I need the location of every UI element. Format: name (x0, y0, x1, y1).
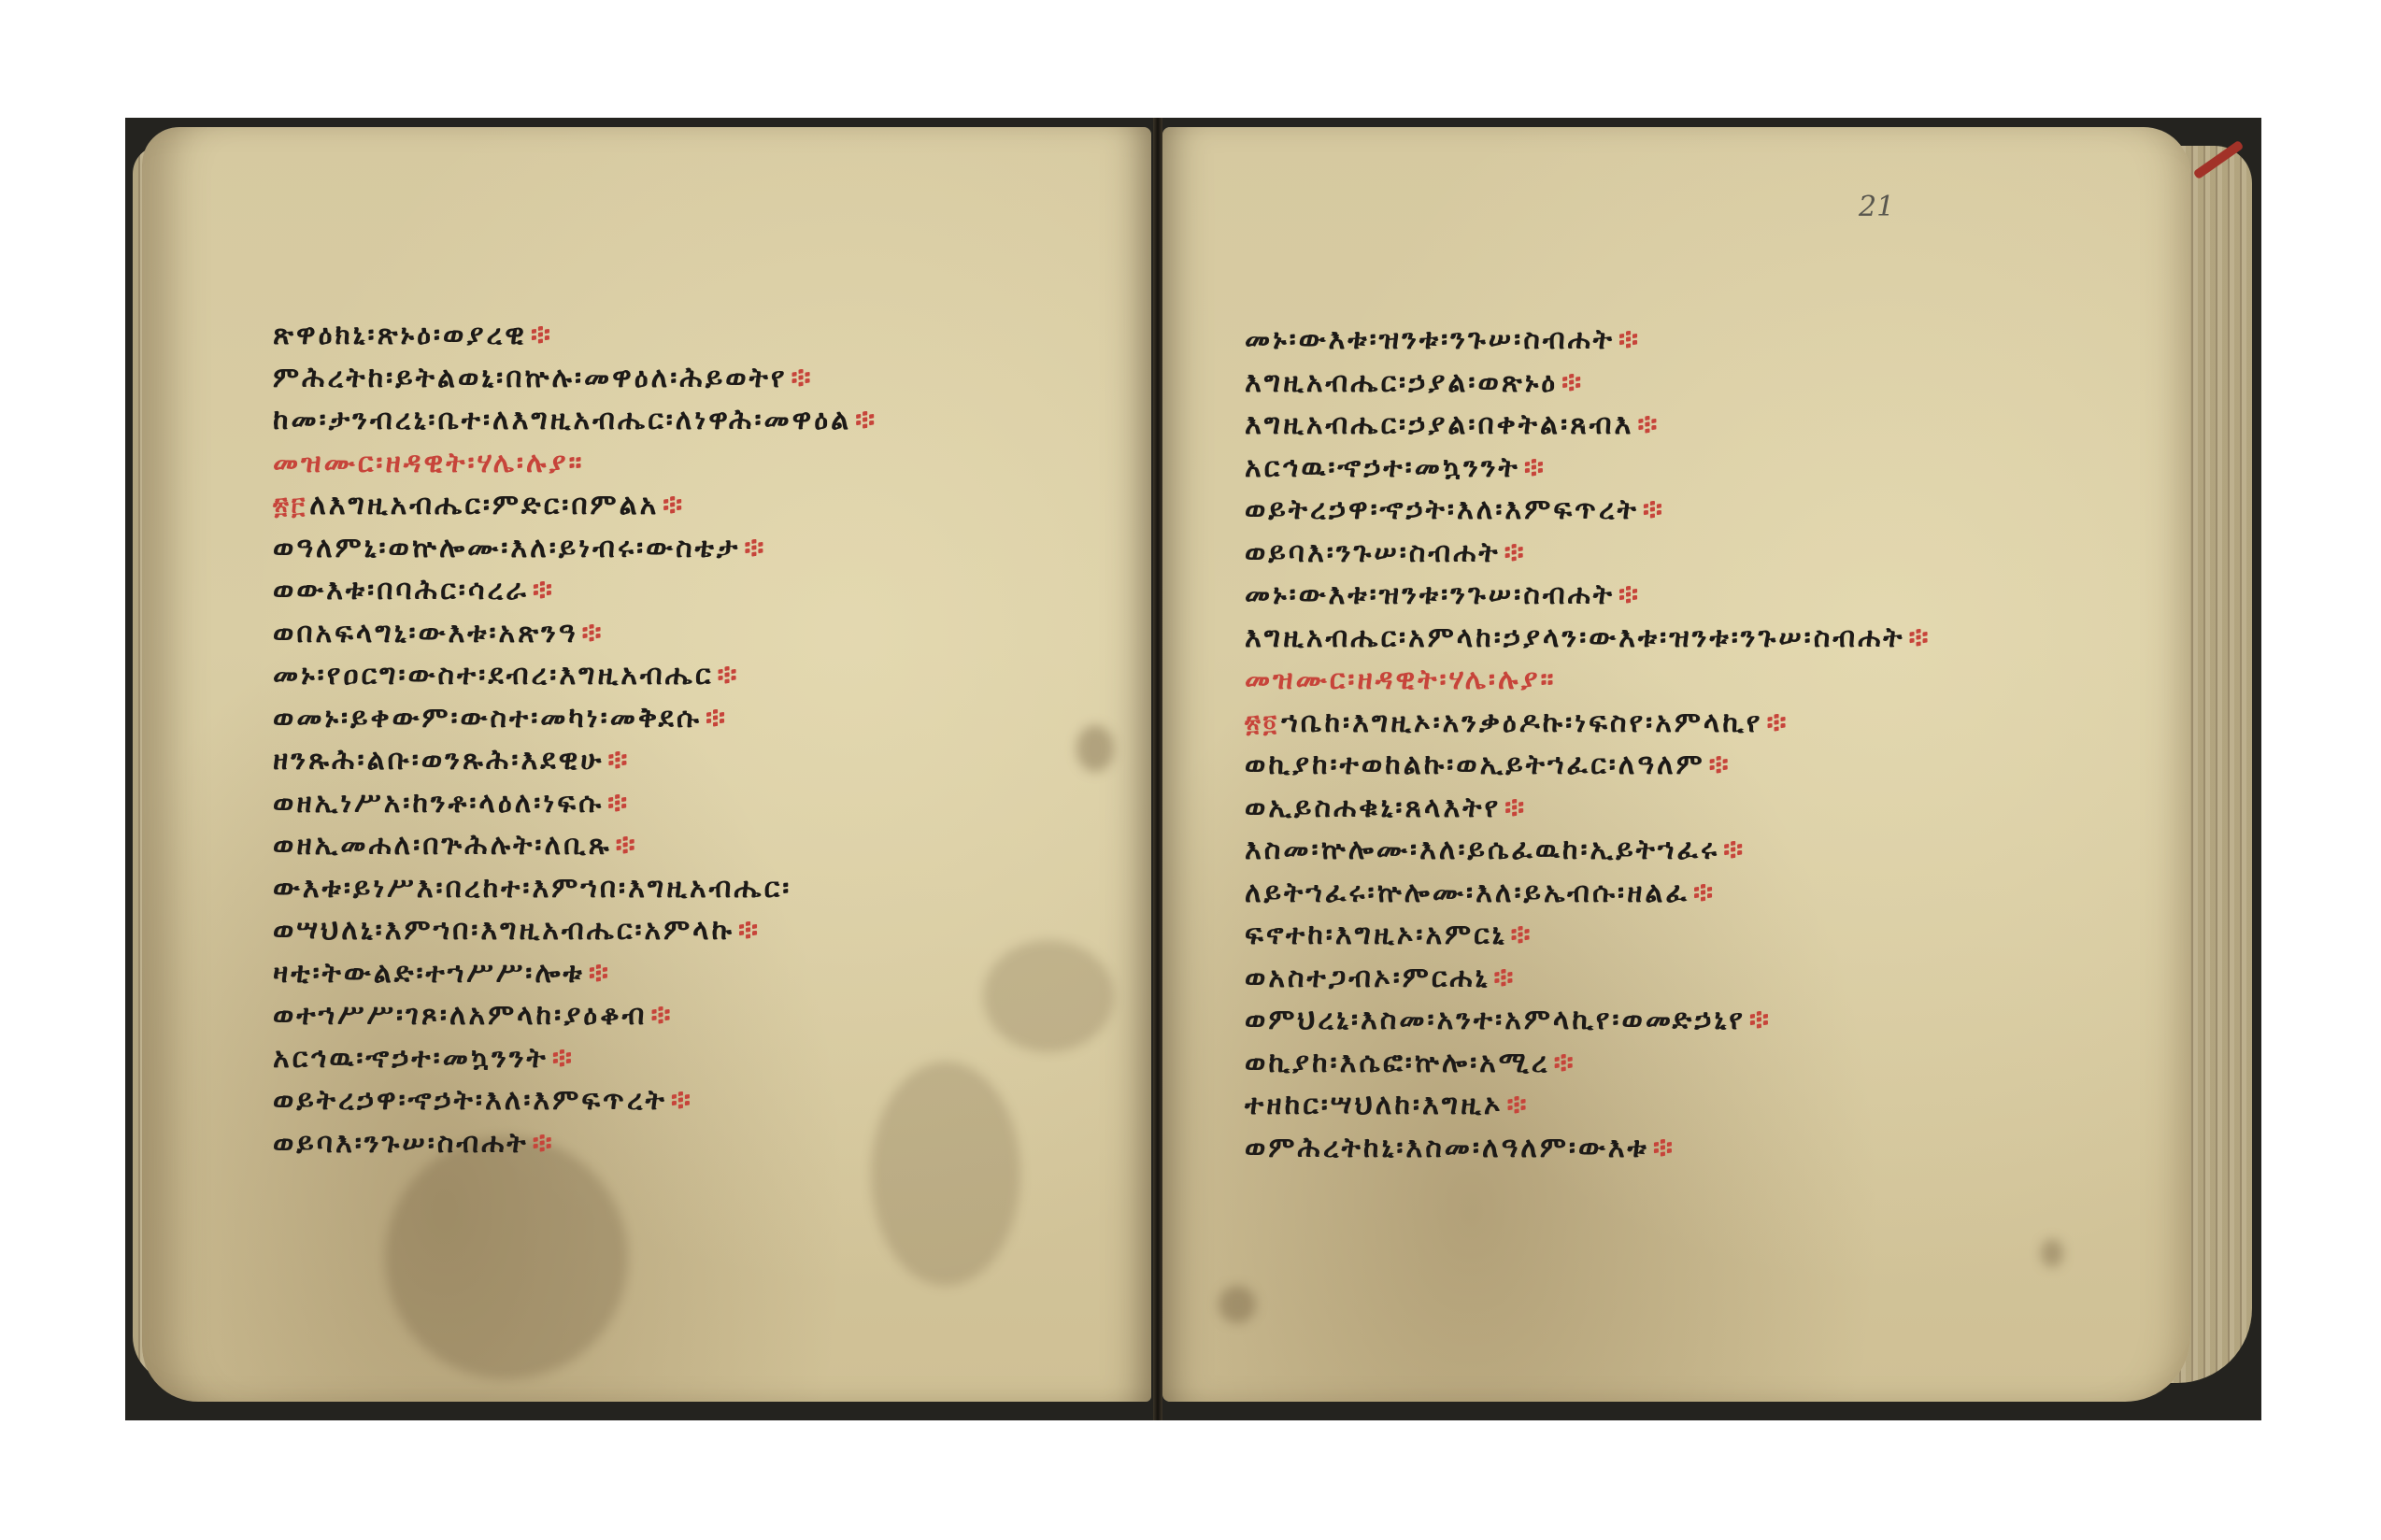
verse-end-mark-icon: ፨ (791, 362, 814, 394)
verse-end-mark-icon: ፨ (744, 532, 766, 564)
verse-end-mark-icon: ፨ (1643, 493, 1665, 526)
verse-end-mark-icon: ፨ (607, 787, 630, 820)
text-line: ተዘከር፡ሣህለከ፡እግዚኦ፨ (1245, 1084, 1932, 1127)
text-line: ወዘኢመሐለ፡በጕሕሉት፡ለቢጹ፨ (273, 824, 877, 867)
line-text: እስመ፡ኵሎሙ፡እለ፡ይሴፈዉከ፡ኢይትኀፈሩ (1245, 834, 1719, 866)
verse-end-mark-icon: ፨ (1766, 706, 1789, 739)
verse-end-mark-icon: ፨ (533, 574, 555, 606)
text-line: ወይትረኃዋ፡ኆኃት፡እለ፡እምፍጥረት፨ (1245, 489, 1932, 532)
left-page-text: ጽዋዕክኒ፡ጽኑዕ፡ወያረዊ፨ምሕረትከ፡ይትልወኒ፡በኵሉ፡መዋዕለ፡ሕይወት… (273, 314, 877, 1164)
line-text: ጽዋዕክኒ፡ጽኑዕ፡ወያረዊ (273, 319, 527, 351)
verse-end-mark-icon: ፨ (533, 1127, 555, 1160)
text-line: ወኪያከ፡ተወከልኩ፡ወኢይትኀፈር፡ለዓለም፨ (1245, 744, 1932, 787)
text-line: ጽዋዕክኒ፡ጽኑዕ፡ወያረዊ፨ (273, 314, 877, 357)
ink-stain (1076, 725, 1114, 772)
verse-end-mark-icon: ፨ (1723, 834, 1746, 866)
verse-end-mark-icon: ፨ (531, 319, 553, 351)
text-line: ወይትረኃዋ፡ኆኃት፡እለ፡እምፍጥረት፨ (273, 1079, 877, 1122)
text-line: ለይትኀፈሩ፡ኵሎሙ፡እለ፡ይኤብሱ፡ዘልፈ፨ (1245, 872, 1932, 915)
text-line: ዘንጹሕ፡ልቡ፡ወንጹሕ፡እደዊሁ፨ (273, 739, 877, 782)
verse-end-mark-icon: ፨ (1504, 536, 1527, 569)
verse-end-mark-icon: ፨ (1909, 621, 1932, 654)
text-line: ወኪያከ፡እሴፎ፡ኵሎ፡አሚረ፨ (1245, 1042, 1932, 1085)
text-line: ወምህረኒ፡እስመ፡አንተ፡አምላኪየ፡ወመድኃኒየ፨ (1245, 999, 1932, 1042)
psalm-numeral: ፳፫ (273, 492, 307, 520)
line-text: መኑ፡ውእቱ፡ዝንቱ፡ንጉሠ፡ስብሐት (1245, 578, 1615, 611)
verse-end-mark-icon: ፨ (1554, 1047, 1576, 1079)
ink-stain (1219, 1286, 1256, 1323)
text-line: ወምሕረትከኒ፡እስመ፡ለዓለም፡ውእቱ፨ (1245, 1127, 1932, 1170)
rubric-heading: መዝሙር፡ዘዳዊት፡ሃሌ፡ሉያ። (1245, 659, 1932, 702)
line-text: ወምሕረትከኒ፡እስመ፡ለዓለም፡ውእቱ (1245, 1132, 1649, 1164)
right-page: 21 መኑ፡ውእቱ፡ዝንቱ፡ንጉሠ፡ስብሐት፨እግዚአብሔር፡ኃያል፡ወጽኑዕ፨… (1162, 127, 2190, 1402)
verse-end-mark-icon: ፨ (1510, 919, 1533, 951)
verse-end-mark-icon: ፨ (1506, 1089, 1529, 1121)
line-text: ወመኑ፡ይቀውም፡ውስተ፡መካነ፡መቅደሱ (273, 702, 702, 734)
verse-end-mark-icon: ፨ (1749, 1004, 1772, 1036)
text-line: ወዓለምኒ፡ወኵሎሙ፡እለ፡ይነብሩ፡ውስቴታ፨ (273, 527, 877, 570)
line-text: ወውእቱ፡በባሕር፡ሳረራ (273, 574, 529, 606)
line-text: ዛቲ፡ትውልድ፡ተኀሥሥ፡ሎቱ (273, 957, 585, 990)
line-text: መኑ፡ውእቱ፡ዝንቱ፡ንጉሠ፡ስብሐት (1245, 323, 1615, 356)
folio-number: 21 (1859, 191, 1894, 223)
text-line: ምሕረትከ፡ይትልወኒ፡በኵሉ፡መዋዕለ፡ሕይወትየ፨ (273, 357, 877, 400)
line-text: ወኪያከ፡እሴፎ፡ኵሎ፡አሚረ (1245, 1047, 1550, 1079)
verse-end-mark-icon: ፨ (671, 1084, 693, 1117)
verse-end-mark-icon: ፨ (1693, 877, 1716, 909)
verse-end-mark-icon: ፨ (1524, 451, 1547, 484)
verse-end-mark-icon: ፨ (607, 744, 630, 777)
line-text: ወምህረኒ፡እስመ፡አንተ፡አምላኪየ፡ወመድኃኒየ (1245, 1004, 1746, 1036)
line-text: መኑ፡የዐርግ፡ውስተ፡ደብረ፡እግዚአብሔር (273, 659, 713, 692)
text-line: ወአስተጋብኦ፡ምርሐኒ፨ (1245, 957, 1932, 1000)
text-line: ወይባእ፡ንጉሠ፡ስብሐት፨ (1245, 532, 1932, 575)
line-text: ዘንጹሕ፡ልቡ፡ወንጹሕ፡እደዊሁ (273, 744, 604, 777)
text-line: ወውእቱ፡በባሕር፡ሳረራ፨ (273, 569, 877, 612)
line-text: ፍኖተከ፡እግዚኦ፡አምርኒ (1245, 919, 1506, 951)
line-text: አርኅዉ፡ኆኃተ፡መኳንንት (1245, 451, 1520, 484)
line-text: እግዚአብሔር፡ኃያል፡ወጽኑዕ (1245, 366, 1558, 399)
verse-end-mark-icon: ፨ (717, 659, 739, 692)
verse-end-mark-icon: ፨ (1618, 578, 1641, 611)
line-text: እግዚአብሔር፡አምላከ፡ኃያላን፡ውእቱ፡ዝንቱ፡ንጉሠ፡ስብሐት (1245, 621, 1905, 654)
line-text: አርኅዉ፡ኆኃተ፡መኳንንት (273, 1042, 549, 1075)
text-line: ፍኖተከ፡እግዚኦ፡አምርኒ፨ (1245, 914, 1932, 957)
line-text: ለእግዚአብሔር፡ምድር፡በምልአ (309, 489, 659, 521)
text-line: አርኅዉ፡ኆኃተ፡መኳንንት፨ (1245, 447, 1932, 490)
line-text: መዝሙር፡ዘዳዊት፡ሃሌ፡ሉያ። (273, 447, 585, 479)
verse-end-mark-icon: ፨ (1504, 791, 1527, 824)
verse-end-mark-icon: ፨ (1561, 366, 1584, 399)
verse-end-mark-icon: ፨ (582, 617, 605, 649)
line-text: ወይትረኃዋ፡ኆኃት፡እለ፡እምፍጥረት (273, 1084, 667, 1117)
verse-end-mark-icon: ፨ (738, 914, 761, 947)
line-text: ወይባእ፡ንጉሠ፡ስብሐት (273, 1127, 529, 1160)
text-line: ወበአፍላግኒ፡ውእቱ፡አጽንዓ፨ (273, 612, 877, 655)
book-gutter (1153, 118, 1162, 1420)
verse-end-mark-icon: ፨ (616, 829, 638, 862)
text-line: ወተኀሥሥ፡ገጾ፡ለአምላከ፡ያዕቆብ፨ (273, 994, 877, 1037)
line-text: ከመ፡ታንብረኒ፡ቤተ፡ለእግዚአብሔር፡ለነዋሕ፡መዋዕል (273, 404, 851, 436)
verse-end-mark-icon: ፨ (589, 957, 611, 990)
verse-end-mark-icon: ፨ (1637, 408, 1660, 441)
text-line: መኑ፡የዐርግ፡ውስተ፡ደብረ፡እግዚአብሔር፨ (273, 654, 877, 697)
verse-end-mark-icon: ፨ (1618, 323, 1641, 356)
text-line: ወመኑ፡ይቀውም፡ውስተ፡መካነ፡መቅደሱ፨ (273, 697, 877, 740)
line-text: ወኢይስሐቁኒ፡ጸላእትየ (1245, 791, 1501, 824)
left-page: ጽዋዕክኒ፡ጽኑዕ፡ወያረዊ፨ምሕረትከ፡ይትልወኒ፡በኵሉ፡መዋዕለ፡ሕይወት… (142, 127, 1151, 1402)
manuscript-scan: ጽዋዕክኒ፡ጽኑዕ፡ወያረዊ፨ምሕረትከ፡ይትልወኒ፡በኵሉ፡መዋዕለ፡ሕይወት… (125, 118, 2261, 1420)
text-line: ወይባእ፡ንጉሠ፡ስብሐት፨ (273, 1122, 877, 1165)
verse-end-mark-icon: ፨ (663, 489, 685, 521)
text-line: መኑ፡ውእቱ፡ዝንቱ፡ንጉሠ፡ስብሐት፨ (1245, 574, 1932, 617)
line-text: ለይትኀፈሩ፡ኵሎሙ፡እለ፡ይኤብሱ፡ዘልፈ (1245, 877, 1690, 909)
text-line: ወዘኢነሥአ፡ከንቶ፡ላዕለ፡ነፍሱ፨ (273, 782, 877, 825)
text-line: እግዚአብሔር፡ኃያል፡ወጽኑዕ፨ (1245, 362, 1932, 405)
text-line: እግዚአብሔር፡አምላከ፡ኃያላን፡ውእቱ፡ዝንቱ፡ንጉሠ፡ስብሐት፨ (1245, 617, 1932, 660)
line-text: ወዓለምኒ፡ወኵሎሙ፡እለ፡ይነብሩ፡ውስቴታ (273, 532, 740, 564)
text-line: ወኢይስሐቁኒ፡ጸላእትየ፨ (1245, 787, 1932, 830)
text-line: አርኅዉ፡ኆኃተ፡መኳንንት፨ (273, 1037, 877, 1080)
rubric-heading: መዝሙር፡ዘዳዊት፡ሃሌ፡ሉያ። (273, 442, 877, 485)
text-line: እግዚአብሔር፡ኃያል፡በቀትል፡ጸብእ፨ (1245, 404, 1932, 447)
line-text: ወዘኢነሥአ፡ከንቶ፡ላዕለ፡ነፍሱ (273, 787, 604, 820)
line-text: እግዚአብሔር፡ኃያል፡በቀትል፡ጸብእ (1245, 408, 1633, 441)
line-text: ወይትረኃዋ፡ኆኃት፡እለ፡እምፍጥረት (1245, 493, 1639, 526)
verse-end-mark-icon: ፨ (1493, 962, 1516, 994)
verse-end-mark-icon: ፨ (552, 1042, 575, 1075)
psalm-numeral: ፳፬ (1245, 710, 1279, 738)
ink-stain (2041, 1239, 2063, 1267)
line-text: ወይባእ፡ንጉሠ፡ስብሐት (1245, 536, 1501, 569)
text-line: ወሣህለኒ፡እምኀበ፡እግዚአብሔር፡አምላኩ፨ (273, 909, 877, 952)
water-stain (983, 940, 1114, 1052)
line-text: ወተኀሥሥ፡ገጾ፡ለአምላከ፡ያዕቆብ (273, 999, 647, 1032)
verse-end-mark-icon: ፨ (650, 999, 673, 1032)
line-text: ምሕረትከ፡ይትልወኒ፡በኵሉ፡መዋዕለ፡ሕይወትየ (273, 362, 788, 394)
text-line: ፳፫ለእግዚአብሔር፡ምድር፡በምልአ፨ (273, 484, 877, 527)
verse-end-mark-icon: ፨ (1653, 1132, 1675, 1164)
text-line: ፳፬ኀቤከ፡እግዚኦ፡አንቃዕዶኩ፡ነፍስየ፡አምላኪየ፨ (1245, 702, 1932, 745)
line-text: ውእቱ፡ይነሥእ፡በረከተ፡እምኀበ፡እግዚአብሔር፡ (273, 872, 791, 905)
text-line: እስመ፡ኵሎሙ፡እለ፡ይሴፈዉከ፡ኢይትኀፈሩ፨ (1245, 829, 1932, 872)
text-line: መኑ፡ውእቱ፡ዝንቱ፡ንጉሠ፡ስብሐት፨ (1245, 319, 1932, 362)
verse-end-mark-icon: ፨ (706, 702, 728, 734)
water-stain (871, 1062, 1020, 1286)
text-line: ከመ፡ታንብረኒ፡ቤተ፡ለእግዚአብሔር፡ለነዋሕ፡መዋዕል፨ (273, 399, 877, 442)
line-text: ተዘከር፡ሣህለከ፡እግዚኦ (1245, 1089, 1503, 1121)
line-text: ወዘኢመሐለ፡በጕሕሉት፡ለቢጹ (273, 829, 612, 862)
text-line: ውእቱ፡ይነሥእ፡በረከተ፡እምኀበ፡እግዚአብሔር፡ (273, 867, 877, 910)
verse-end-mark-icon: ፨ (1709, 749, 1732, 781)
thumb-stain (385, 1136, 628, 1379)
line-text: ወበአፍላግኒ፡ውእቱ፡አጽንዓ (273, 617, 578, 649)
right-page-text: መኑ፡ውእቱ፡ዝንቱ፡ንጉሠ፡ስብሐት፨እግዚአብሔር፡ኃያል፡ወጽኑዕ፨እግዚ… (1245, 319, 1932, 1169)
line-text: መዝሙር፡ዘዳዊት፡ሃሌ፡ሉያ። (1245, 663, 1557, 696)
line-text: ወአስተጋብኦ፡ምርሐኒ (1245, 962, 1490, 994)
verse-end-mark-icon: ፨ (855, 404, 877, 436)
text-line: ዛቲ፡ትውልድ፡ተኀሥሥ፡ሎቱ፨ (273, 952, 877, 995)
line-text: ኀቤከ፡እግዚኦ፡አንቃዕዶኩ፡ነፍስየ፡አምላኪየ (1281, 706, 1762, 739)
line-text: ወሣህለኒ፡እምኀበ፡እግዚአብሔር፡አምላኩ (273, 914, 734, 947)
line-text: ወኪያከ፡ተወከልኩ፡ወኢይትኀፈር፡ለዓለም (1245, 749, 1705, 781)
